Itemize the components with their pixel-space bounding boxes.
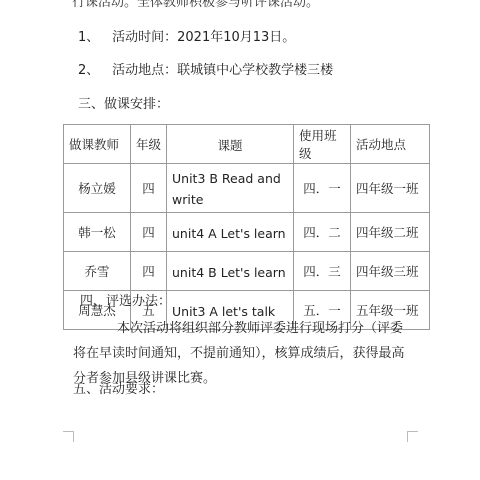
- table-header-row: 做课教师 年级 课题 使用班级 活动地点: [64, 125, 430, 164]
- section-4-heading: 四、评选办法：: [80, 290, 171, 309]
- cell-teacher: 韩一松: [64, 213, 131, 252]
- header-grade: 年级: [131, 125, 167, 164]
- table-row: 乔雪 四 unit4 B Let's learn 四．三 四年级三班: [64, 252, 430, 291]
- activity-time-item: 1、 活动时间：2021年10月13日。: [78, 26, 295, 45]
- header-topic: 课题: [167, 125, 294, 164]
- header-teacher: 做课教师: [64, 125, 131, 164]
- item-number: 1、: [78, 26, 108, 45]
- cell-location: 四年级二班: [351, 213, 430, 252]
- cell-class: 四．二: [294, 213, 351, 252]
- cell-grade: 四: [131, 164, 167, 213]
- table-row: 杨立媛 四 Unit3 B Read and write 四．一 四年级一班: [64, 164, 430, 213]
- cell-location: 四年级一班: [351, 164, 430, 213]
- cell-grade: 四: [131, 252, 167, 291]
- cell-teacher: 杨立媛: [64, 164, 131, 213]
- cell-teacher: 乔雪: [64, 252, 131, 291]
- section-5-heading: 五、活动要求：: [73, 378, 164, 397]
- table-row: 韩一松 四 unit4 A Let's learn 四．二 四年级二班: [64, 213, 430, 252]
- page-corner-mark-right: [407, 431, 418, 442]
- cell-grade: 四: [131, 213, 167, 252]
- section-3-heading: 三、做课安排：: [78, 93, 169, 112]
- activity-location-item: 2、 活动地点：联城镇中心学校教学楼三楼: [78, 59, 333, 78]
- item-label: 活动地点：联城镇中心学校教学楼三楼: [112, 63, 333, 78]
- cut-off-text-line: 行课活动。全体教师积极参与听评课活动。: [72, 0, 319, 10]
- cell-location: 四年级三班: [351, 252, 430, 291]
- item-label: 活动时间：2021年10月13日。: [112, 30, 295, 45]
- page-corner-mark-left: [63, 431, 74, 442]
- header-class: 使用班级: [294, 125, 351, 164]
- cell-class: 四．一: [294, 164, 351, 213]
- cell-topic: unit4 B Let's learn: [167, 252, 294, 291]
- cell-topic: unit4 A Let's learn: [167, 213, 294, 252]
- cell-topic: Unit3 B Read and write: [167, 164, 294, 213]
- cell-class: 四．三: [294, 252, 351, 291]
- paragraph-text: 本次活动将组织部分教师评委进行现场打分（评委将在早读时间通知，不提前通知），核算…: [73, 321, 405, 386]
- item-number: 2、: [78, 59, 108, 78]
- header-location: 活动地点: [351, 125, 430, 164]
